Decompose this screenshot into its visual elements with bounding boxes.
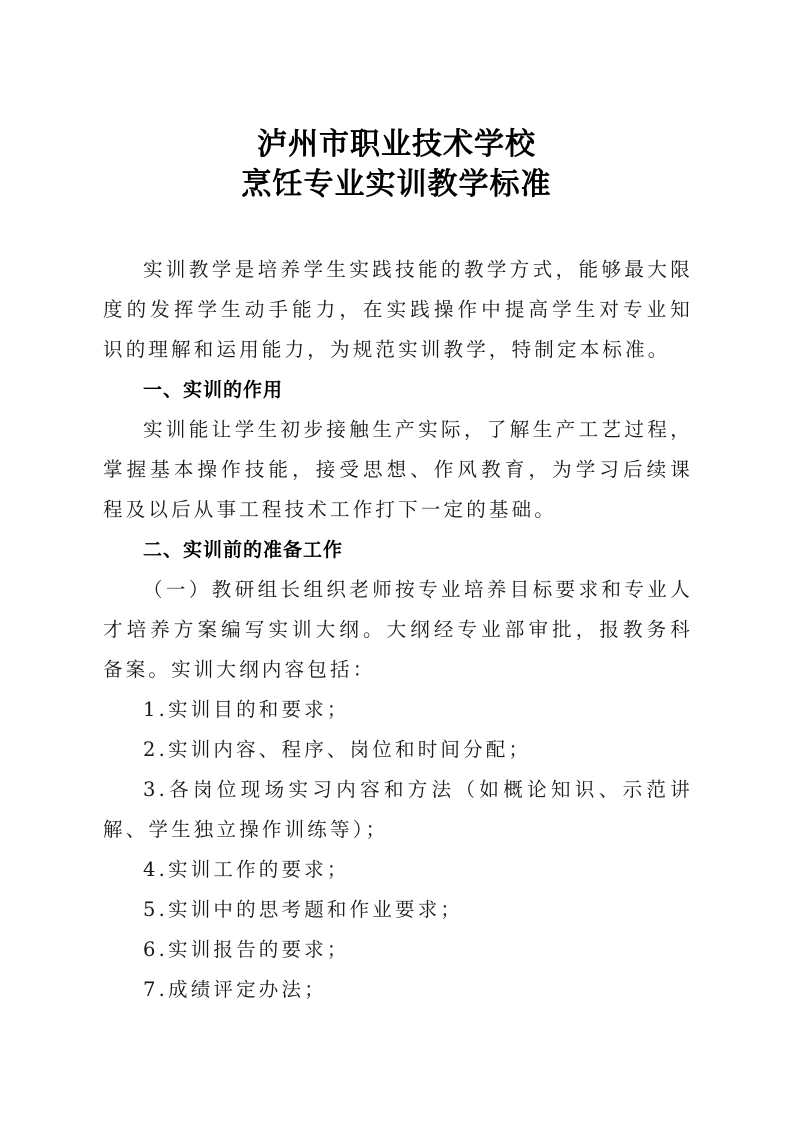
list-item: 7.成绩评定办法； [103, 970, 693, 1010]
list-item: 3.各岗位现场实习内容和方法（如概论知识、示范讲解、学生独立操作训练等）； [103, 770, 693, 850]
section-paragraph-purpose: 实训能让学生初步接触生产实际，了解生产工艺过程，掌握基本操作技能，接受思想、作风… [103, 410, 693, 530]
list-item: 2.实训内容、程序、岗位和时间分配； [103, 730, 693, 770]
title-line-school: 泸州市职业技术学校 [0, 126, 793, 164]
document-body: 实训教学是培养学生实践技能的教学方式，能够最大限度的发挥学生动手能力，在实践操作… [103, 250, 693, 1010]
title-line-standard: 烹饪专业实训教学标准 [0, 166, 793, 204]
list-item: 6.实训报告的要求； [103, 930, 693, 970]
list-item: 4.实训工作的要求； [103, 850, 693, 890]
section-heading-purpose: 一、实训的作用 [103, 370, 693, 410]
list-item: 1.实训目的和要求； [103, 690, 693, 730]
list-item: 5.实训中的思考题和作业要求； [103, 890, 693, 930]
section-heading-preparation: 二、实训前的准备工作 [103, 530, 693, 570]
document-page: 泸州市职业技术学校 烹饪专业实训教学标准 实训教学是培养学生实践技能的教学方式，… [0, 0, 793, 1122]
intro-paragraph: 实训教学是培养学生实践技能的教学方式，能够最大限度的发挥学生动手能力，在实践操作… [103, 250, 693, 370]
section-paragraph-preparation: （一）教研组长组织老师按专业培养目标要求和专业人才培养方案编写实训大纲。大纲经专… [103, 570, 693, 690]
outline-contents-list: 1.实训目的和要求； 2.实训内容、程序、岗位和时间分配； 3.各岗位现场实习内… [103, 690, 693, 1010]
document-title: 泸州市职业技术学校 烹饪专业实训教学标准 [0, 126, 793, 204]
